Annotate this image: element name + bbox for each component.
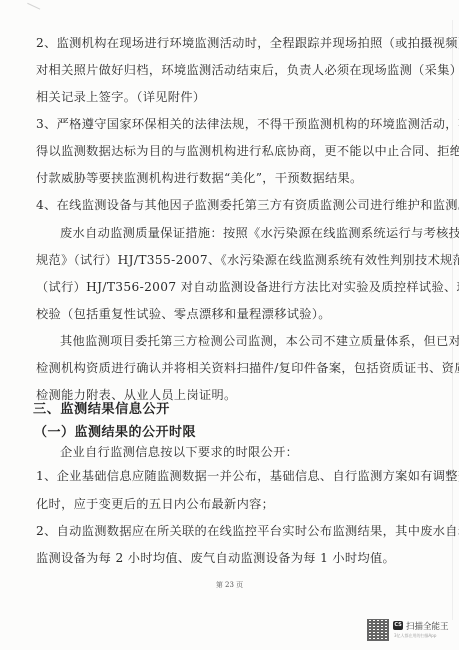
scanner-watermark: CS 扫描全能王 3亿人都在用的扫描App [367,619,457,647]
paragraph-item-3-line-1: 3、严格遵守国家环保相关的法律法规，不得干预监测机构的环境监测活动，不 [36,117,459,131]
subsection-heading: （一）监测结果的公开时限 [34,421,196,440]
paragraph-item-4-line-1: 4、在线监测设备与其他因子监测委托第三方有资质监测公司进行维护和监测。 [36,198,459,212]
scanned-page: 2、监测机构在现场进行环境监测活动时，全程跟踪并现场拍照（或拍摄视频）， 对相关… [0,0,459,650]
disclosure-item-1-line-2: 化时，应于变更后的五日内公布最新内容； [36,497,274,511]
paragraph-item-2-line-3: 相关记录上签字。（详见附件） [36,90,205,104]
disclosure-item-2-line-2: 监测设备为每 2 小时均值、废气自动监测设备为每 1 小时均值。 [36,551,395,565]
qa-paragraph-line-2: 规范》（试行）HJ/T355-2007、《水污染源在线监测系统有效性判别技术规范… [36,253,459,267]
paragraph-item-2-line-1: 2、监测机构在现场进行环境监测活动时，全程跟踪并现场拍照（或拍摄视频）， [36,36,459,50]
section-heading: 三、监测结果信息公开 [33,398,170,417]
paragraph-item-2-line-2: 对相关照片做好归档，环境监测活动结束后，负责人必须在现场监测（采集） [36,63,459,77]
paragraph-item-3-line-3: 付款威胁等要挟监测机构进行数据“美化”，干预数据结果。 [36,171,363,185]
qa-paragraph-line-3: （试行）HJ/T356-2007 对自动监测设备进行方法比对实验及质控样试验、现… [36,280,459,294]
qa-paragraph-line-4: 校验（包括重复性试验、零点漂移和量程漂移试验）。 [36,307,331,321]
camscanner-logo-icon: CS [393,621,403,630]
page-corner-mark [27,0,43,10]
disclosure-item-2-line-1: 2、自动监测数据应在所关联的在线监控平台实时公布监测结果，其中废水自动 [36,524,459,538]
watermark-app-name: 扫描全能王 [406,620,449,632]
qr-code-icon [367,619,389,641]
qa-paragraph-line-1: 废水自动监测质量保证措施：按照《水污染源在线监测系统运行与考核技术 [60,226,459,240]
watermark-tagline: 3亿人都在用的扫描App [394,633,436,639]
disclosure-intro: 企业自行监测信息按以下要求的时限公开： [60,445,298,459]
disclosure-item-1-line-1: 1、企业基础信息应随监测数据一并公布，基础信息、自行监测方案如有调整变 [36,469,459,483]
other-monitoring-line-2: 检测机构资质进行确认并将相关资料扫描件/复印件备案，包括资质证书、资质 [36,361,459,375]
page-number: 第 23 页 [0,580,459,590]
paragraph-item-3-line-2: 得以监测数据达标为目的与监测机构进行私底协商，更不能以中止合同、拒绝 [36,144,459,158]
other-monitoring-line-1: 其他监测项目委托第三方检测公司监测，本公司不建立质量体系，但已对 [60,334,459,348]
